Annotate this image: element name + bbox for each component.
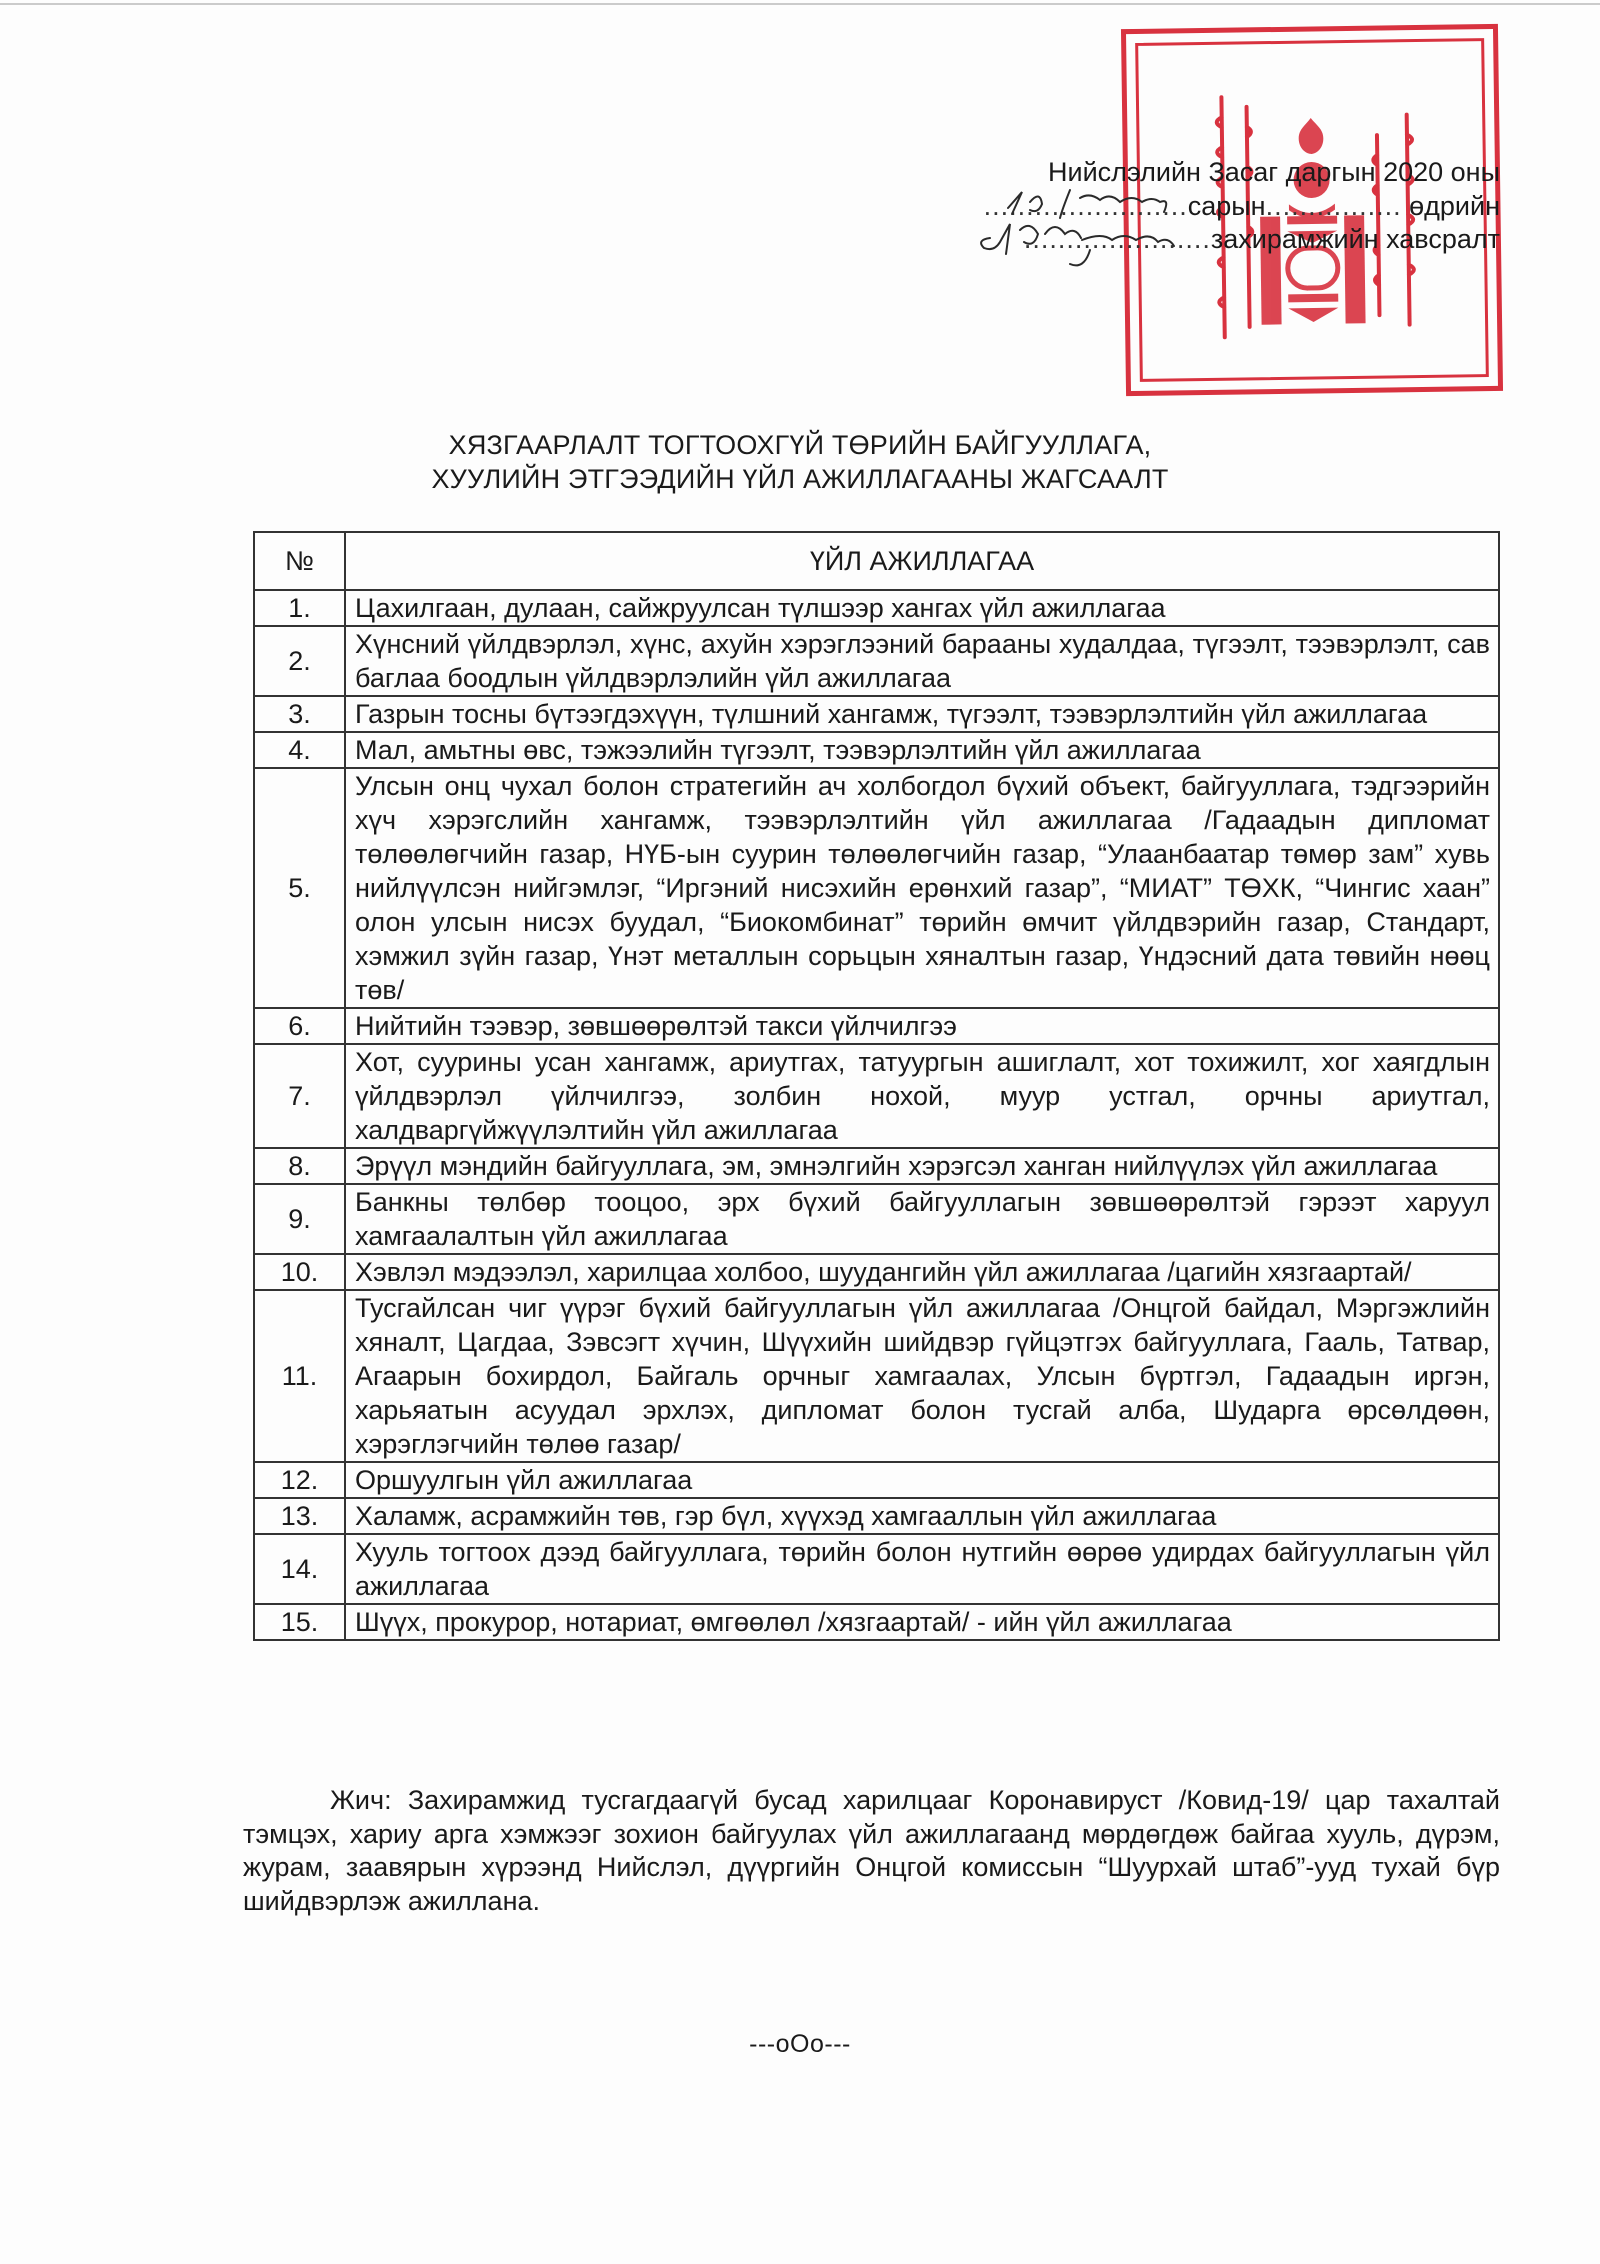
row-number: 1. xyxy=(254,590,345,626)
end-mark: ---oOo--- xyxy=(0,2030,1600,2059)
row-activity: Хэвлэл мэдээлэл, харилцаа холбоо, шуудан… xyxy=(345,1254,1499,1290)
row-activity: Халамж, асрамжийн төв, гэр бүл, хүүхэд х… xyxy=(345,1498,1499,1534)
handwritten-signature xyxy=(960,180,1240,270)
table-row: 10.Хэвлэл мэдээлэл, харилцаа холбоо, шуу… xyxy=(254,1254,1499,1290)
row-activity: Хот, суурины усан хангамж, ариутгах, тат… xyxy=(345,1044,1499,1148)
row-number: 8. xyxy=(254,1148,345,1184)
row-activity: Оршуулгын үйл ажиллагаа xyxy=(345,1462,1499,1498)
row-number: 4. xyxy=(254,732,345,768)
table-row: 15.Шүүх, прокурор, нотариат, өмгөөлөл /х… xyxy=(254,1604,1499,1640)
row-activity: Тусгайлсан чиг үүрэг бүхий байгууллагын … xyxy=(345,1290,1499,1462)
table-row: 4.Мал, амьтны өвс, тэжээлийн түгээлт, тэ… xyxy=(254,732,1499,768)
row-activity: Хууль тогтоох дээд байгууллага, төрийн б… xyxy=(345,1534,1499,1604)
row-number: 13. xyxy=(254,1498,345,1534)
row-number: 7. xyxy=(254,1044,345,1148)
row-activity: Банкны төлбөр тооцоо, эрх бүхий байгуулл… xyxy=(345,1184,1499,1254)
row-number: 10. xyxy=(254,1254,345,1290)
table-row: 13.Халамж, асрамжийн төв, гэр бүл, хүүхэ… xyxy=(254,1498,1499,1534)
row-activity: Улсын онц чухал болон стратегийн ач холб… xyxy=(345,768,1499,1008)
table-row: 9.Банкны төлбөр тооцоо, эрх бүхий байгуу… xyxy=(254,1184,1499,1254)
table-row: 2.Хүнсний үйлдвэрлэл, хүнс, ахуйн хэрэгл… xyxy=(254,626,1499,696)
row-number: 15. xyxy=(254,1604,345,1640)
row-number: 14. xyxy=(254,1534,345,1604)
header-activity: ҮЙЛ АЖИЛЛАГАА xyxy=(345,532,1499,590)
table-row: 12.Оршуулгын үйл ажиллагаа xyxy=(254,1462,1499,1498)
row-activity: Шүүх, прокурор, нотариат, өмгөөлөл /хязг… xyxy=(345,1604,1499,1640)
header-number: № xyxy=(254,532,345,590)
row-activity: Мал, амьтны өвс, тэжээлийн түгээлт, тээв… xyxy=(345,732,1499,768)
row-number: 12. xyxy=(254,1462,345,1498)
row-activity: Эрүүл мэндийн байгууллага, эм, эмнэлгийн… xyxy=(345,1148,1499,1184)
row-number: 11. xyxy=(254,1290,345,1462)
row-number: 6. xyxy=(254,1008,345,1044)
table-row: 6.Нийтийн тээвэр, зөвшөөрөлтэй такси үйл… xyxy=(254,1008,1499,1044)
table-row: 3.Газрын тосны бүтээгдэхүүн, түлшний хан… xyxy=(254,696,1499,732)
scan-edge-line xyxy=(0,3,1600,5)
footnote: Жич: Захирамжид тусгагдаагүй бусад харил… xyxy=(243,1784,1500,1918)
row-number: 3. xyxy=(254,696,345,732)
table-row: 11.Тусгайлсан чиг үүрэг бүхий байгууллаг… xyxy=(254,1290,1499,1462)
table-row: 14.Хууль тогтоох дээд байгууллага, төрий… xyxy=(254,1534,1499,1604)
title-line-2: ХУУЛИЙН ЭТГЭЭДИЙН ҮЙЛ АЖИЛЛАГААНЫ ЖАГСАА… xyxy=(0,462,1600,496)
table-header-row: № ҮЙЛ АЖИЛЛАГАА xyxy=(254,532,1499,590)
row-number: 9. xyxy=(254,1184,345,1254)
activities-table: № ҮЙЛ АЖИЛЛАГАА 1.Цахилгаан, дулаан, сай… xyxy=(253,531,1500,1641)
row-number: 2. xyxy=(254,626,345,696)
table-row: 7.Хот, суурины усан хангамж, ариутгах, т… xyxy=(254,1044,1499,1148)
title-line-1: ХЯЗГААРЛАЛТ ТОГТООХГҮЙ ТӨРИЙН БАЙГУУЛЛАГ… xyxy=(0,428,1600,462)
table-row: 5.Улсын онц чухал болон стратегийн ач хо… xyxy=(254,768,1499,1008)
row-activity: Цахилгаан, дулаан, сайжруулсан түлшээр х… xyxy=(345,590,1499,626)
table-row: 8.Эрүүл мэндийн байгууллага, эм, эмнэлги… xyxy=(254,1148,1499,1184)
row-activity: Нийтийн тээвэр, зөвшөөрөлтэй такси үйлчи… xyxy=(345,1008,1499,1044)
row-number: 5. xyxy=(254,768,345,1008)
row-activity: Газрын тосны бүтээгдэхүүн, түлшний ханга… xyxy=(345,696,1499,732)
row-activity: Хүнсний үйлдвэрлэл, хүнс, ахуйн хэрэглээ… xyxy=(345,626,1499,696)
document-title: ХЯЗГААРЛАЛТ ТОГТООХГҮЙ ТӨРИЙН БАЙГУУЛЛАГ… xyxy=(0,428,1600,496)
table-row: 1.Цахилгаан, дулаан, сайжруулсан түлшээр… xyxy=(254,590,1499,626)
